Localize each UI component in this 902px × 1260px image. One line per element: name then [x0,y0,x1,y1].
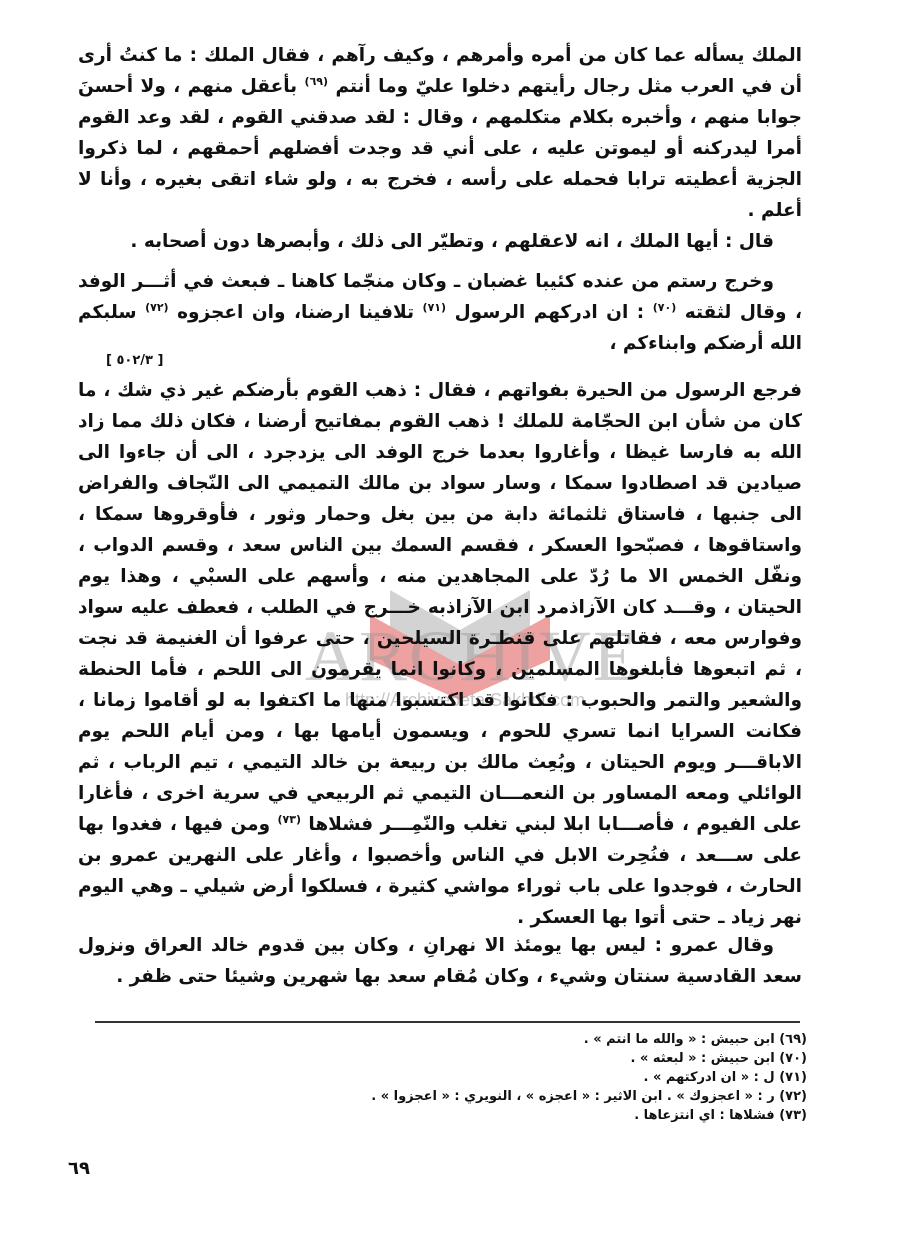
main-text-block-5: وقال عمرو : ليس بها يومئذ الا نهرانِ ، و… [78,930,802,992]
main-text-block-3: وخرج رستم من عنده كئيبا غضبان ـ وكان منج… [78,266,802,369]
footnote-divider [95,1021,800,1023]
footnote-70: (٧٠) ابن حبيش : « لبعثه » . [107,1049,807,1068]
book-page: ARCHIVE http://Archivebeta.Sakhrit.com ا… [0,0,902,1260]
main-text-block-4: فرجع الرسول من الحيرة بفواتهم ، فقال : ذ… [78,375,802,933]
main-text-block-2: قال : أيها الملك ، انه لاعقلهم ، وتطيّر … [78,226,802,257]
paragraph-text: وقال عمرو : ليس بها يومئذ الا نهرانِ ، و… [78,935,802,987]
paragraph-text: قال : أيها الملك ، انه لاعقلهم ، وتطيّر … [130,231,774,252]
footnote-73: (٧٣) فشلاها : اي انتزعاها . [107,1106,807,1125]
paragraph-5: وقال عمرو : ليس بها يومئذ الا نهرانِ ، و… [78,930,802,992]
footnote-mark: (٦٩) [305,75,329,88]
main-text-block: الملك يسأله عما كان من أمره وأمرهم ، وكي… [78,40,802,226]
paragraph-text: تلافينا ارضنا، وان اعجزوه [177,302,414,323]
footnote-mark: (٧٣) [278,813,302,826]
paragraph-text: فرجع الرسول من الحيرة بفواتهم ، فقال : ذ… [78,380,802,835]
paragraph-text: بأعقل منهم ، ولا أحسنَ جوابا منهم ، وأخب… [78,76,802,221]
source-reference: [ ٥٠٢/٣ ] [78,353,802,369]
paragraph-text: : ان ادركهم الرسول [455,302,645,323]
footnote-71: (٧١) ل : « ان ادركتهم » . [107,1068,807,1087]
paragraph-4: فرجع الرسول من الحيرة بفواتهم ، فقال : ذ… [78,375,802,933]
footnote-mark: (٧٢) [145,301,169,314]
paragraph-1: الملك يسأله عما كان من أمره وأمرهم ، وكي… [78,40,802,226]
paragraph-2: قال : أيها الملك ، انه لاعقلهم ، وتطيّر … [78,226,802,257]
footnote-69: (٦٩) ابن حبيش : « والله ما انتم » . [107,1030,807,1049]
footnote-mark: (٧١) [423,301,447,314]
paragraph-3: وخرج رستم من عنده كئيبا غضبان ـ وكان منج… [78,266,802,369]
footnote-mark: (٧٠) [653,301,677,314]
page-number: ٦٩ [68,1158,90,1179]
footnotes: (٦٩) ابن حبيش : « والله ما انتم » . (٧٠)… [107,1030,807,1125]
footnote-72: (٧٢) ر : « اعجزوك » . ابن الاثير : « اعج… [107,1087,807,1106]
